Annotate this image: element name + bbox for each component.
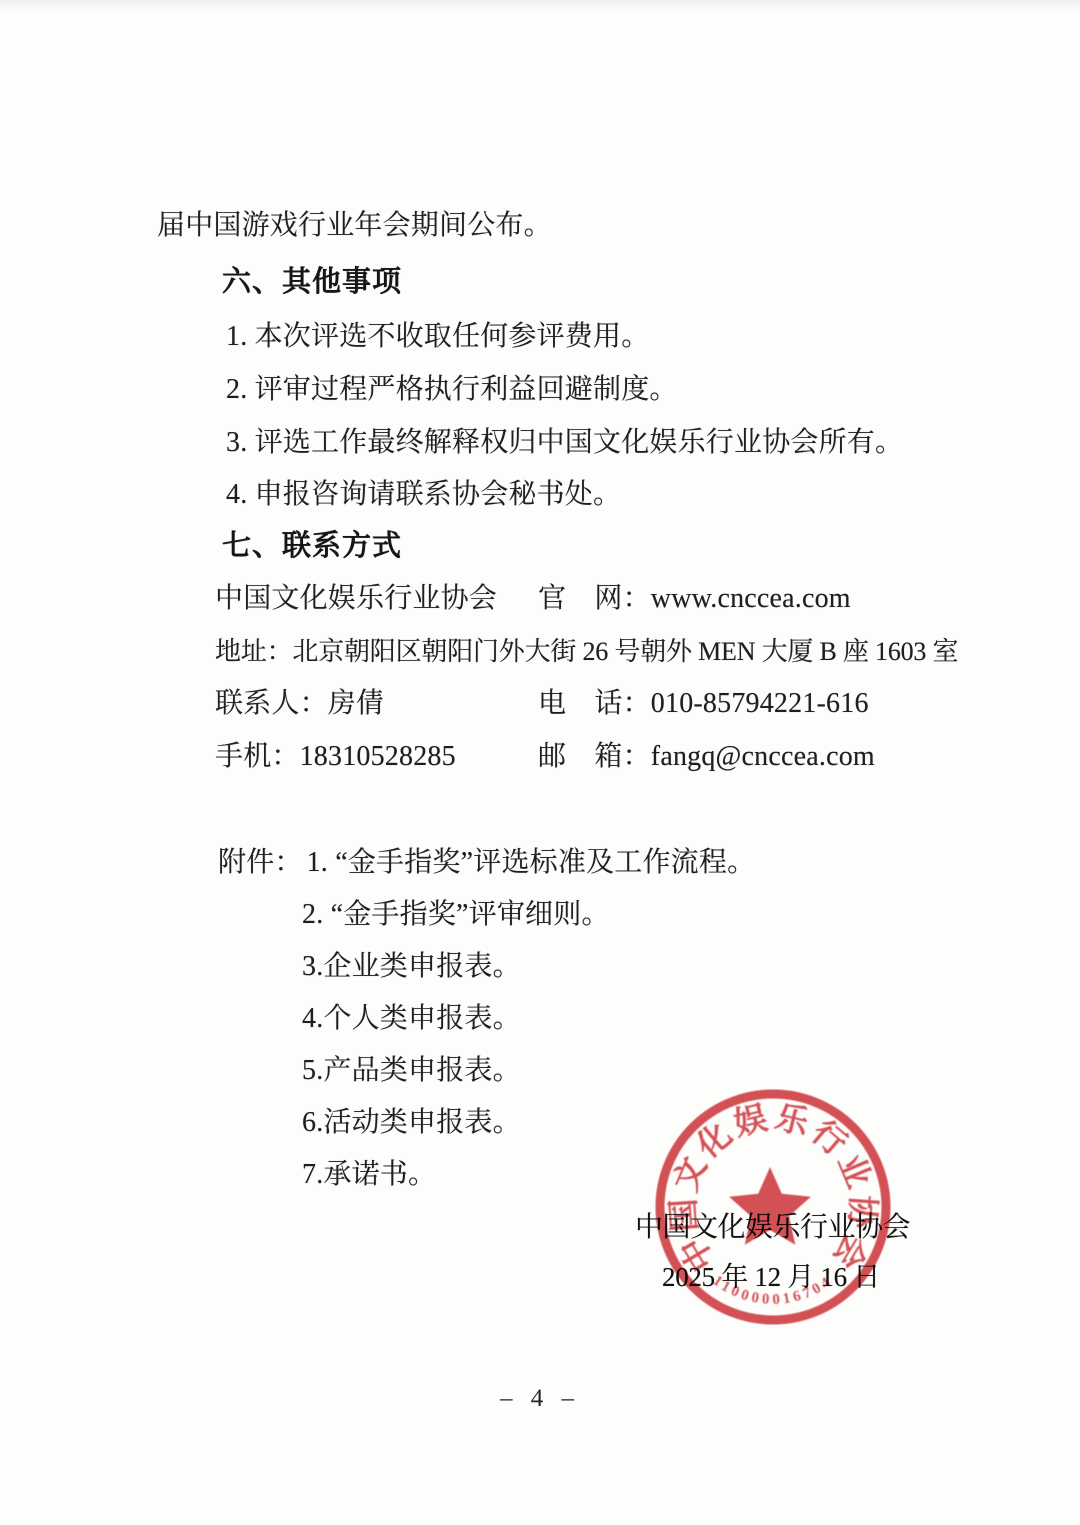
- seal-code-holder: 110000016704: [710, 1273, 837, 1308]
- attachment-item: 5.产品类申报表。: [302, 1054, 521, 1087]
- attachments-line: 附件：1. “金手指奖”评选标准及工作流程。: [218, 846, 755, 879]
- contact-phone: 电 话：010-85794221-616: [538, 687, 869, 720]
- contact-row: 手机：18310528285 邮 箱：fangq@cnccea.com: [215, 740, 456, 773]
- list-item: 3. 评选工作最终解释权归中国文化娱乐行业协会所有。: [226, 426, 903, 459]
- section-heading-contact: 七、联系方式: [222, 529, 402, 563]
- contact-org: 中国文化娱乐行业协会: [215, 583, 497, 614]
- official-seal: 中国文化娱乐行业协会 110000016704: [633, 1067, 913, 1347]
- contact-row: 联系人：房倩 电 话：010-85794221-616: [215, 687, 384, 720]
- contact-row: 地址：北京朝阳区朝阳门外大街 26 号朝外 MEN 大厦 B 座 1603 室: [215, 637, 958, 668]
- scan-top-edge: [0, 0, 1080, 12]
- list-item: 1. 本次评选不收取任何参评费用。: [226, 320, 649, 353]
- seal-code: 110000016704: [710, 1273, 837, 1308]
- page-number: – 4 –: [0, 1385, 1080, 1413]
- contact-website: 官 网：www.cnccea.com: [538, 582, 851, 615]
- attachment-item: 1. “金手指奖”评选标准及工作流程。: [307, 847, 756, 878]
- contact-mobile: 手机：18310528285: [215, 741, 456, 772]
- seal-star-icon: [729, 1167, 811, 1245]
- contact-row: 中国文化娱乐行业协会 官 网：www.cnccea.com: [215, 582, 497, 615]
- attachment-item: 2. “金手指奖”评审细则。: [302, 898, 610, 931]
- section-heading-other: 六、其他事项: [222, 265, 402, 299]
- document-page: 届中国游戏行业年会期间公布。 六、其他事项 1. 本次评选不收取任何参评费用。 …: [0, 0, 1080, 1525]
- attachment-item: 3.企业类申报表。: [302, 950, 521, 983]
- contact-address: 地址：北京朝阳区朝阳门外大街 26 号朝外 MEN 大厦 B 座 1603 室: [215, 637, 958, 666]
- contact-email: 邮 箱：fangq@cnccea.com: [538, 740, 875, 773]
- list-item: 4. 申报咨询请联系协会秘书处。: [226, 478, 621, 511]
- contact-person: 联系人：房倩: [215, 688, 384, 719]
- attachments-label: 附件：: [218, 847, 303, 878]
- attachment-item: 7.承诺书。: [302, 1158, 436, 1191]
- attachment-item: 6.活动类申报表。: [302, 1106, 521, 1139]
- attachment-item: 4.个人类申报表。: [302, 1002, 521, 1035]
- list-item: 2. 评审过程严格执行利益回避制度。: [226, 373, 678, 406]
- continuation-line: 届中国游戏行业年会期间公布。: [157, 209, 552, 242]
